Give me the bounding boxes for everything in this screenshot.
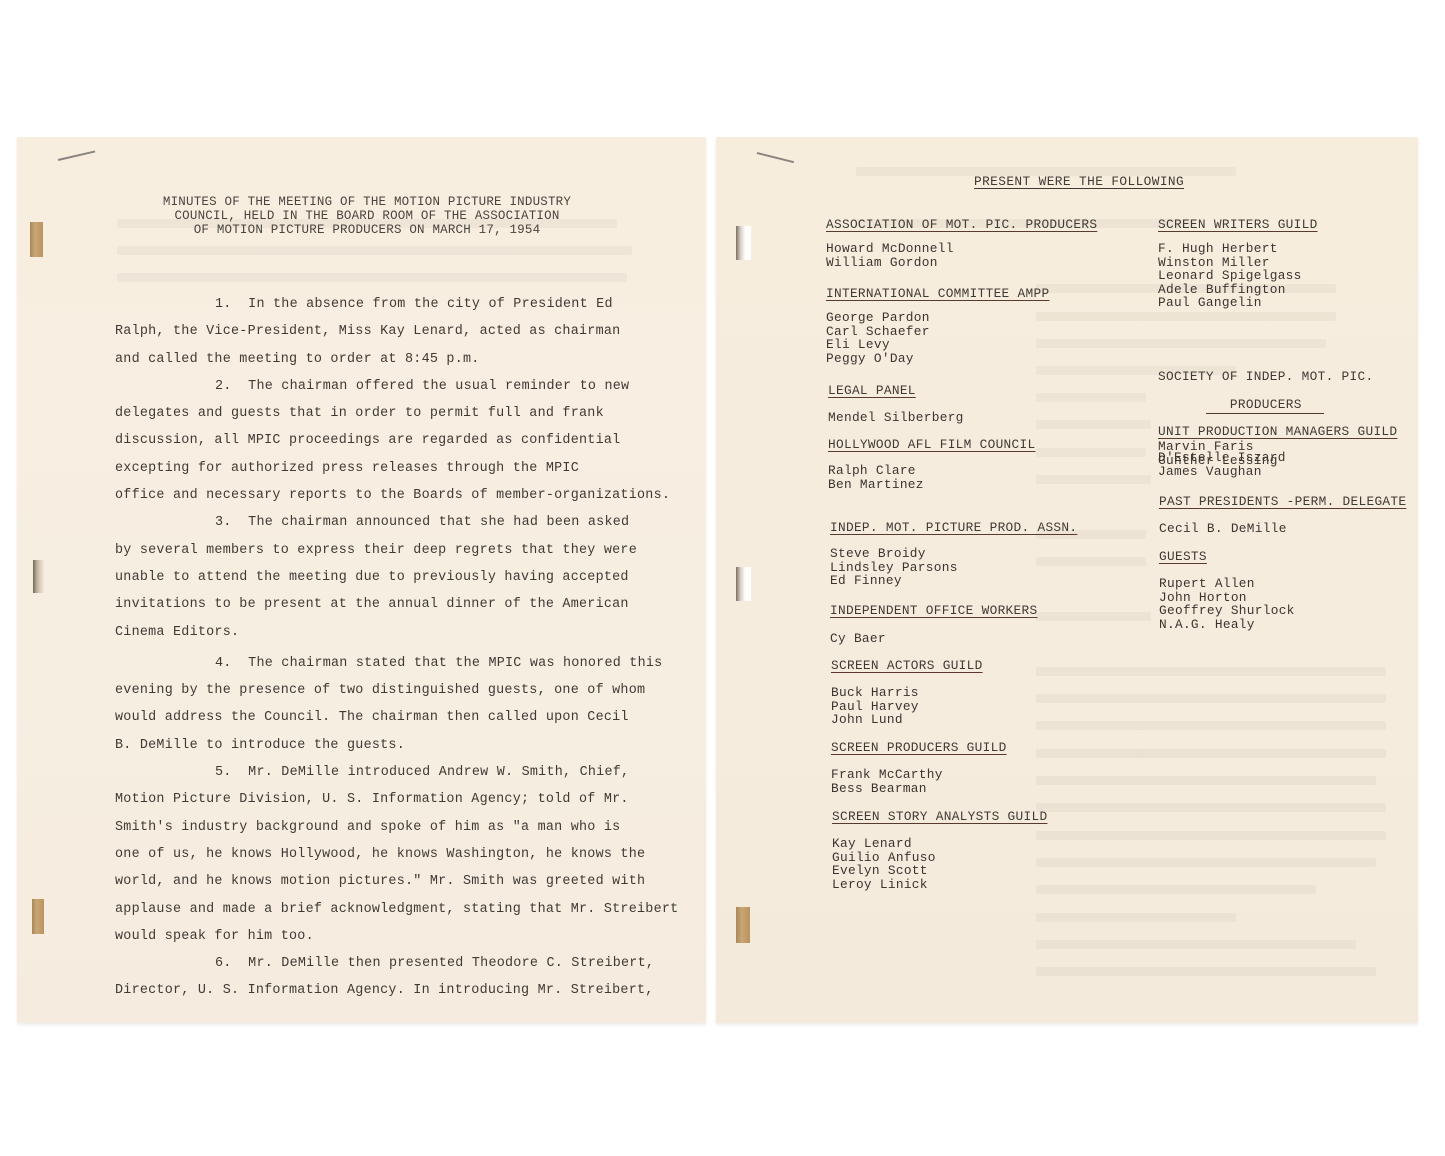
org-group: GUESTS Rupert Allen John Horton Geoffrey… (1159, 550, 1295, 631)
member-list: George Pardon Carl Schaefer Eli Levy Peg… (826, 311, 1049, 365)
show-through-bleed (1036, 776, 1376, 785)
text-line: Mr. DeMille introduced Andrew W. Smith, … (248, 765, 629, 780)
org-heading: INTERNATIONAL COMMITTEE AMPP (826, 287, 1049, 301)
show-through-bleed (117, 246, 632, 255)
member-list: Steve Broidy Lindsley Parsons Ed Finney (830, 547, 1077, 588)
title-line: COUNCIL, HELD IN THE BOARD ROOM OF THE A… (117, 209, 617, 223)
minutes-title: MINUTES OF THE MEETING OF THE MOTION PIC… (117, 195, 617, 237)
show-through-bleed (1036, 312, 1336, 321)
text-line: and called the meeting to order at 8:45 … (115, 346, 695, 373)
paragraph-number: 5. (215, 765, 232, 780)
show-through-bleed (1036, 448, 1146, 457)
member-list: Buck Harris Paul Harvey John Lund (831, 686, 983, 727)
paragraph-number: 6. (215, 956, 232, 971)
org-heading: UNIT PRODUCTION MANAGERS GUILD (1158, 425, 1397, 439)
member-name: Geoffrey Shurlock (1159, 604, 1295, 618)
member-list: Kay Lenard Guilio Anfuso Evelyn Scott Le… (832, 837, 1047, 891)
show-through-bleed (117, 273, 627, 282)
text-line: The chairman announced that she had been… (248, 515, 629, 530)
show-through-bleed (1036, 420, 1151, 429)
text-line: excepting for authorized press releases … (115, 455, 695, 482)
show-through-bleed (1036, 721, 1386, 730)
org-heading: SCREEN WRITERS GUILD (1158, 218, 1318, 232)
member-name: Ralph Clare (828, 464, 1035, 478)
paragraph-5: 5. Mr. DeMille introduced Andrew W. Smit… (115, 759, 695, 786)
text-line: by several members to express their deep… (115, 537, 695, 564)
member-list: Ralph Clare Ben Martinez (828, 464, 1035, 491)
show-through-bleed (1036, 885, 1316, 894)
text-line: Ralph, the Vice-President, Miss Kay Lena… (115, 318, 695, 345)
org-heading-line: SOCIETY OF INDEP. MOT. PIC. (1158, 370, 1373, 384)
member-name: Winston Miller (1158, 256, 1318, 270)
org-group: INDEP. MOT. PICTURE PROD. ASSN. Steve Br… (830, 521, 1077, 588)
binder-hole (736, 907, 750, 943)
paragraph-number: 4. (215, 656, 232, 671)
member-name: Adele Buffington (1158, 283, 1318, 297)
text-line: B. DeMille to introduce the guests. (115, 732, 695, 759)
member-name: Ben Martinez (828, 478, 1035, 492)
member-list: Cy Baer (830, 632, 1037, 646)
member-name: Evelyn Scott (832, 864, 1047, 878)
member-list: Howard McDonnell William Gordon (826, 242, 1097, 269)
show-through-bleed (1036, 694, 1386, 703)
paragraph-4: 4. The chairman stated that the MPIC was… (115, 650, 695, 677)
org-heading: INDEPENDENT OFFICE WORKERS (830, 604, 1037, 618)
text-line: Cinema Editors. (115, 619, 695, 646)
paragraph-6: 6. Mr. DeMille then presented Theodore C… (115, 950, 695, 977)
org-heading: SCREEN PRODUCERS GUILD (831, 741, 1007, 755)
member-name: John Horton (1159, 591, 1295, 605)
text-line: evening by the presence of two distingui… (115, 677, 695, 704)
member-name: Kay Lenard (832, 837, 1047, 851)
member-name: Frank McCarthy (831, 768, 1007, 782)
text-line: Director, U. S. Information Agency. In i… (115, 977, 695, 1004)
org-heading: SCREEN STORY ANALYSTS GUILD (832, 810, 1047, 824)
member-list: Rupert Allen John Horton Geoffrey Shurlo… (1159, 577, 1295, 631)
member-name: Mendel Silberberg (828, 411, 964, 425)
org-group: INTERNATIONAL COMMITTEE AMPP George Pard… (826, 287, 1049, 365)
paragraph-2: 2. The chairman offered the usual remind… (115, 373, 695, 400)
org-group: INDEPENDENT OFFICE WORKERS Cy Baer (830, 604, 1037, 646)
show-through-bleed (1036, 967, 1376, 976)
binder-hole (736, 226, 751, 260)
member-name: Leroy Linick (832, 878, 1047, 892)
pencil-mark (757, 152, 794, 163)
text-line: Motion Picture Division, U. S. Informati… (115, 786, 695, 813)
member-name: Buck Harris (831, 686, 983, 700)
show-through-bleed (1036, 393, 1146, 402)
text-line: would address the Council. The chairman … (115, 704, 695, 731)
member-name: Steve Broidy (830, 547, 1077, 561)
paragraph-number: 1. (215, 297, 232, 312)
member-name: Guilio Anfuso (832, 851, 1047, 865)
member-name: Peggy O'Day (826, 352, 1049, 366)
org-group: PAST PRESIDENTS -PERM. DELEGATE Cecil B.… (1159, 495, 1406, 536)
member-name: Carl Schaefer (826, 325, 1049, 339)
org-heading: SCREEN ACTORS GUILD (831, 659, 983, 673)
org-heading: SOCIETY OF INDEP. MOT. PIC. PRODUCERS (1158, 342, 1373, 428)
text-line: delegates and guests that in order to pe… (115, 400, 695, 427)
member-name: Paul Gangelin (1158, 296, 1318, 310)
org-group: SCREEN ACTORS GUILD Buck Harris Paul Har… (831, 659, 983, 727)
member-name: Bess Bearman (831, 782, 1007, 796)
org-heading: GUESTS (1159, 550, 1295, 564)
attendance-heading: PRESENT WERE THE FOLLOWING (974, 174, 1184, 189)
text-line: invitations to be present at the annual … (115, 591, 695, 618)
member-name: F. Hugh Herbert (1158, 242, 1318, 256)
show-through-bleed (1036, 612, 1151, 621)
member-list: Frank McCarthy Bess Bearman (831, 768, 1007, 795)
member-name: Howard McDonnell (826, 242, 1097, 256)
paragraph-3: 3. The chairman announced that she had b… (115, 509, 695, 536)
member-name: John Lund (831, 713, 983, 727)
org-heading: HOLLYWOOD AFL FILM COUNCIL (828, 438, 1035, 452)
minutes-page-1: MINUTES OF THE MEETING OF THE MOTION PIC… (17, 137, 706, 1023)
member-list: F. Hugh Herbert Winston Miller Leonard S… (1158, 242, 1318, 310)
paragraph-number: 2. (215, 379, 232, 394)
org-group: SCREEN PRODUCERS GUILD Frank McCarthy Be… (831, 741, 1007, 795)
text-line: unable to attend the meeting due to prev… (115, 564, 695, 591)
binder-hole (32, 899, 44, 934)
minutes-body: 1. In the absence from the city of Presi… (115, 291, 695, 1005)
member-name: James Vaughan (1158, 465, 1397, 479)
org-group: LEGAL PANEL Mendel Silberberg (828, 384, 964, 425)
text-line: The chairman stated that the MPIC was ho… (248, 656, 662, 671)
org-heading: ASSOCIATION OF MOT. PIC. PRODUCERS (826, 218, 1097, 232)
show-through-bleed (1036, 913, 1236, 922)
org-group: UNIT PRODUCTION MANAGERS GUILD D'Estelle… (1158, 425, 1397, 478)
org-heading-line: PRODUCERS (1206, 398, 1324, 414)
member-name: George Pardon (826, 311, 1049, 325)
text-line: office and necessary reports to the Boar… (115, 482, 695, 509)
member-name: Cy Baer (830, 632, 1037, 646)
attendance-page: PRESENT WERE THE FOLLOWING ASSOCIATION O… (716, 137, 1418, 1023)
member-name: D'Estelle Iszard (1158, 451, 1397, 465)
show-through-bleed (1036, 831, 1386, 840)
org-heading: INDEP. MOT. PICTURE PROD. ASSN. (830, 521, 1077, 535)
show-through-bleed (1036, 803, 1386, 812)
paragraph-1: 1. In the absence from the city of Presi… (115, 291, 695, 318)
paragraph-number: 3. (215, 515, 232, 530)
member-name: Rupert Allen (1159, 577, 1295, 591)
text-line: world, and he knows motion pictures." Mr… (115, 868, 695, 895)
org-heading: PAST PRESIDENTS -PERM. DELEGATE (1159, 495, 1406, 509)
member-name: Paul Harvey (831, 700, 983, 714)
org-heading: LEGAL PANEL (828, 384, 964, 398)
member-list: Cecil B. DeMille (1159, 522, 1406, 536)
text-line: applause and made a brief acknowledgment… (115, 896, 695, 923)
pencil-mark (58, 150, 95, 160)
member-name: Leonard Spigelgass (1158, 269, 1318, 283)
org-group: ASSOCIATION OF MOT. PIC. PRODUCERS Howar… (826, 218, 1097, 269)
show-through-bleed (1036, 475, 1151, 484)
title-line: MINUTES OF THE MEETING OF THE MOTION PIC… (117, 195, 617, 209)
binder-hole (33, 560, 44, 593)
binder-hole (736, 567, 751, 601)
member-name: Cecil B. DeMille (1159, 522, 1406, 536)
member-list: D'Estelle Iszard James Vaughan (1158, 451, 1397, 478)
member-list: Mendel Silberberg (828, 411, 964, 425)
org-group: SCREEN STORY ANALYSTS GUILD Kay Lenard G… (832, 810, 1047, 891)
org-group: SCREEN WRITERS GUILD F. Hugh Herbert Win… (1158, 218, 1318, 310)
text-line: Smith's industry background and spoke of… (115, 814, 695, 841)
show-through-bleed (1036, 749, 1386, 758)
member-name: William Gordon (826, 256, 1097, 270)
text-line: discussion, all MPIC proceedings are reg… (115, 427, 695, 454)
text-line: would speak for him too. (115, 923, 695, 950)
member-name: Lindsley Parsons (830, 561, 1077, 575)
org-group: HOLLYWOOD AFL FILM COUNCIL Ralph Clare B… (828, 438, 1035, 491)
show-through-bleed (1036, 667, 1386, 676)
text-line: one of us, he knows Hollywood, he knows … (115, 841, 695, 868)
title-line: OF MOTION PICTURE PRODUCERS ON MARCH 17,… (117, 223, 617, 237)
member-name: Ed Finney (830, 574, 1077, 588)
text-line: In the absence from the city of Presiden… (248, 297, 613, 312)
show-through-bleed (1036, 940, 1356, 949)
member-name: Eli Levy (826, 338, 1049, 352)
binder-hole (30, 222, 43, 257)
text-line: The chairman offered the usual reminder … (248, 379, 629, 394)
member-name: N.A.G. Healy (1159, 618, 1295, 632)
text-line: Mr. DeMille then presented Theodore C. S… (248, 956, 654, 971)
show-through-bleed (1036, 858, 1376, 867)
